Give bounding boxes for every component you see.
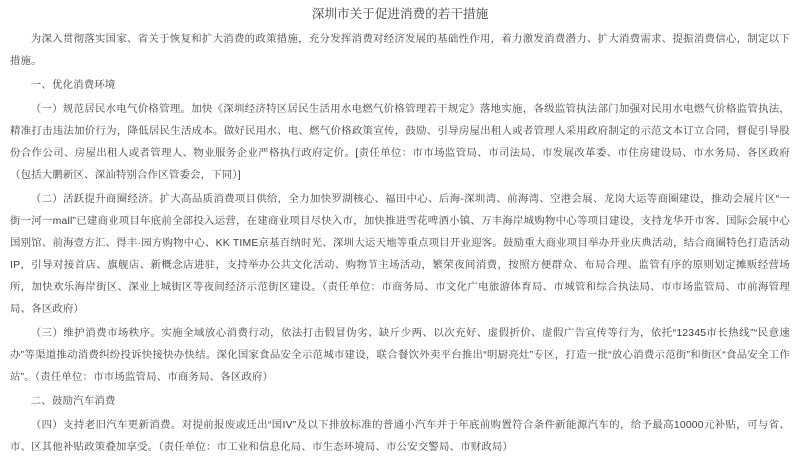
measure-3-paragraph: （三）维护消费市场秩序。实施全域放心消费行动，依法打击假冒伪劣、缺斤少两、以次充… xyxy=(10,323,790,389)
section-1-heading: 一、优化消费环境 xyxy=(10,75,790,97)
section-2-heading: 二、鼓励汽车消费 xyxy=(10,391,790,413)
measure-4-paragraph: （四）支持老旧汽车更新消费。对提前报废或迁出“国IV”及以下排放标准的普通小汽车… xyxy=(10,415,790,458)
measure-2-paragraph: （二）活跃提升商圈经济。扩大高品质消费项目供给，全力加快罗湖核心、福田中心、后海… xyxy=(10,189,790,321)
measure-1-paragraph: （一）规范居民水电气价格管理。加快《深圳经济特区居民生活用水电燃气价格管理若干规… xyxy=(10,99,790,187)
document-title: 深圳市关于促进消费的若干措施 xyxy=(10,3,790,25)
intro-paragraph: 为深入贯彻落实国家、省关于恢复和扩大消费的政策措施，充分发挥消费对经济发展的基础… xyxy=(10,29,790,73)
document-page: 深圳市关于促进消费的若干措施 为深入贯彻落实国家、省关于恢复和扩大消费的政策措施… xyxy=(0,0,800,458)
